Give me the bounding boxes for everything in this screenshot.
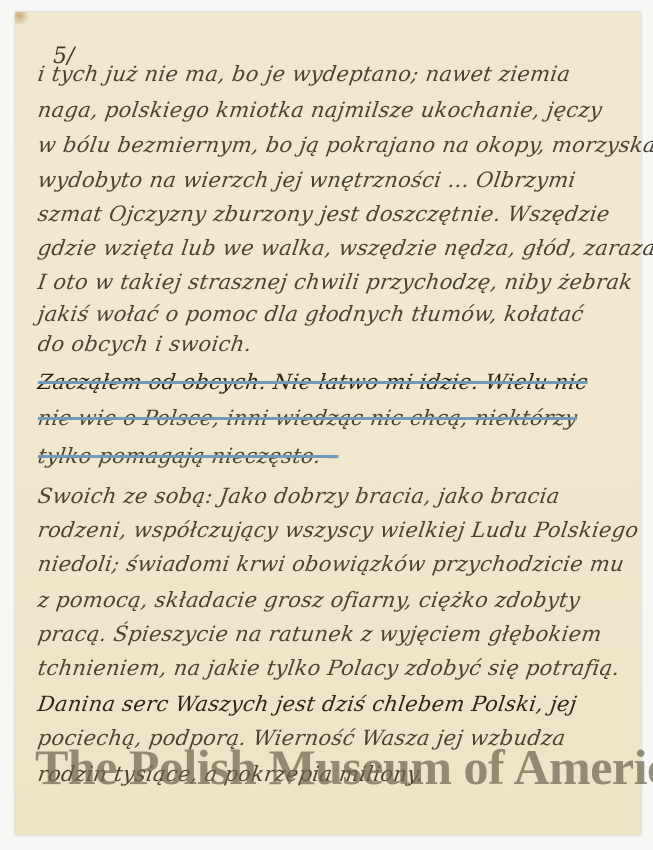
manuscript-line-14: rodzeni, współczujący wszyscy wielkiej L… (36, 518, 640, 542)
manuscript-line-11-struck: nie wie o Polsce, inni wiedząc nic chcą,… (36, 406, 579, 430)
manuscript-line-15: niedoli; świadomi krwi obowiązków przych… (36, 552, 625, 576)
manuscript-line-3: w bólu bezmiernym, bo ją pokrajano na ok… (36, 133, 653, 157)
manuscript-line-2: naga, polskiego kmiotka najmilsze ukocha… (36, 98, 603, 122)
manuscript-line-4: wydobyto na wierzch jej wnętrzności ... … (36, 168, 577, 192)
manuscript-line-9: do obcych i swoich. (36, 332, 253, 356)
manuscript-line-5: szmat Ojczyzny zburzony jest doszczętnie… (36, 202, 611, 226)
manuscript-line-7: I oto w takiej strasznej chwili przychod… (36, 270, 634, 294)
struck-text: tylko pomagają nieczęsto. – (36, 444, 340, 468)
manuscript-line-13: Swoich ze sobą: Jako dobrzy bracia, jako… (36, 484, 561, 508)
struck-text: nie wie o Polsce, inni wiedząc nic chcą,… (36, 406, 579, 430)
manuscript-line-1: i tych już nie ma, bo je wydeptano; nawe… (36, 62, 572, 86)
manuscript-line-19: Danina serc Waszych jest dziś chlebem Po… (36, 692, 578, 716)
manuscript-line-16: z pomocą, składacie grosz ofiarny, ciężk… (36, 588, 582, 612)
manuscript-line-12-struck: tylko pomagają nieczęsto. – (36, 444, 340, 468)
manuscript-line-10-struck: Zacząłem od obcych. Nie łatwo mi idzie. … (36, 370, 589, 394)
manuscript-line-18: tchnieniem, na jakie tylko Polacy zdobyć… (36, 656, 621, 680)
manuscript-line-17: pracą. Śpieszycie na ratunek z wyjęciem … (36, 622, 603, 646)
struck-text: Zacząłem od obcych. Nie łatwo mi idzie. … (36, 370, 589, 394)
museum-watermark: The Polish Museum of America (35, 738, 625, 796)
manuscript-line-6: gdzie wzięta lub we walka, wszędzie nędz… (36, 236, 653, 260)
manuscript-line-8: jakiś wołać o pomoc dla głodnych tłumów,… (36, 302, 585, 326)
